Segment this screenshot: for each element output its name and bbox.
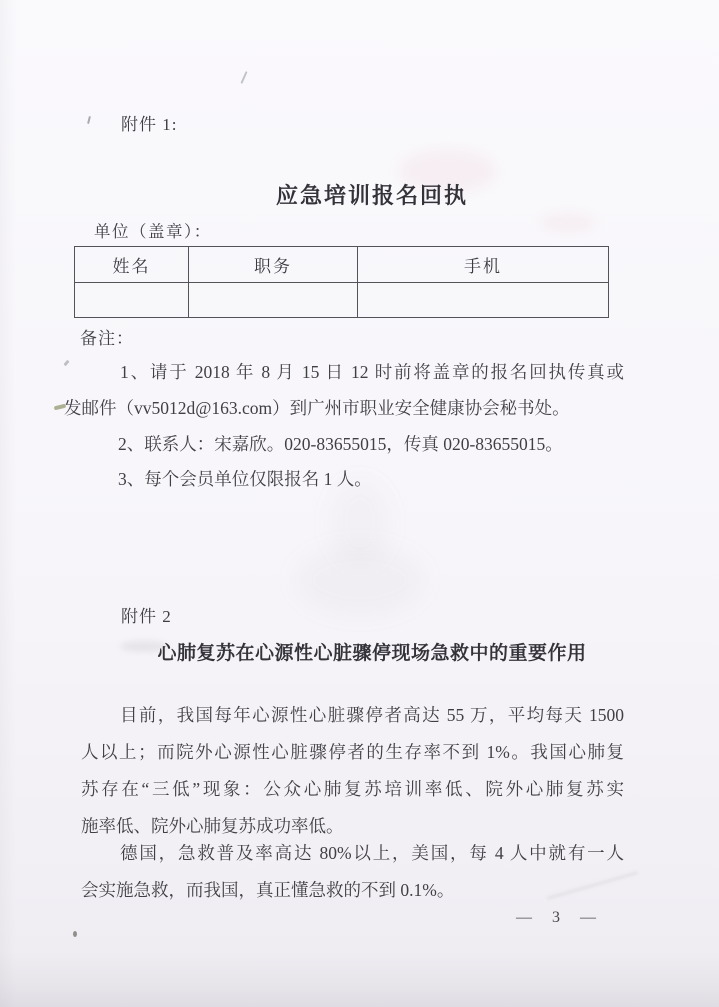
column-header-mobile: 手机 <box>358 247 609 283</box>
paragraph1-line4: 施率低、院外心肺复苏成功率低。 <box>81 814 624 838</box>
paragraph1-line1: 目前，我国每年心源性心脏骤停者高达 55 万，平均每天 1500 <box>81 703 624 727</box>
scan-artifact <box>63 360 69 367</box>
signup-table: 姓名 职务 手机 <box>74 246 609 318</box>
note3-line: 3、每个会员单位仅限报名 1 人。 <box>118 467 661 491</box>
column-header-name: 姓名 <box>75 247 189 283</box>
paragraph1-line2: 人以上；而院外心源性心脏骤停者的生存率不到 1%。我国心肺复 <box>81 740 624 764</box>
attachment1-title: 应急培训报名回执 <box>92 181 652 211</box>
page-number: — 3 — <box>516 909 604 927</box>
table-header-row: 姓名 职务 手机 <box>75 247 609 283</box>
attachment2-label: 附件 2 <box>121 605 172 629</box>
note1-line1: 1、请于 2018 年 8 月 15 日 12 时前将盖章的报名回执传真或 <box>81 360 624 384</box>
scan-artifact <box>87 116 91 124</box>
table-cell-mobile <box>358 283 609 318</box>
table-cell-title <box>189 283 358 318</box>
paragraph2-line2: 会实施急救，而我国，真正懂急救的不到 0.1%。 <box>81 878 624 902</box>
attachment1-label: 附件 1: <box>121 113 177 137</box>
table-row <box>75 283 609 318</box>
table-cell-name <box>75 283 189 318</box>
paragraph1-line3: 苏存在“三低”现象：公众心肺复苏培训率低、院外心肺复苏实 <box>81 777 624 801</box>
scan-artifact <box>0 952 719 1007</box>
paragraph2-line1: 德国，急救普及率高达 80%以上，美国，每 4 人中就有一人 <box>81 841 624 865</box>
scan-artifact <box>240 71 247 84</box>
scan-artifact <box>73 931 77 937</box>
scan-artifact <box>0 0 16 1007</box>
note2-line: 2、联系人：宋嘉欣。020-83655015，传真 020-83655015。 <box>118 432 661 456</box>
note1-line2: 发邮件（vv5012d@163.com）到广州市职业安全健康协会秘书处。 <box>64 396 624 420</box>
notes-label: 备注： <box>80 327 134 351</box>
column-header-title: 职务 <box>189 247 358 283</box>
scan-artifact <box>330 480 390 565</box>
scan-artifact <box>540 214 595 232</box>
attachment2-title: 心肺复苏在心源性心脏骤停现场急救中的重要作用 <box>92 640 652 667</box>
unit-seal-label: 单位（盖章）： <box>94 220 212 243</box>
scanned-document-page: 附件 1: 应急培训报名回执 单位（盖章）： 姓名 职务 手机 备注： 1、请于… <box>0 0 719 1007</box>
